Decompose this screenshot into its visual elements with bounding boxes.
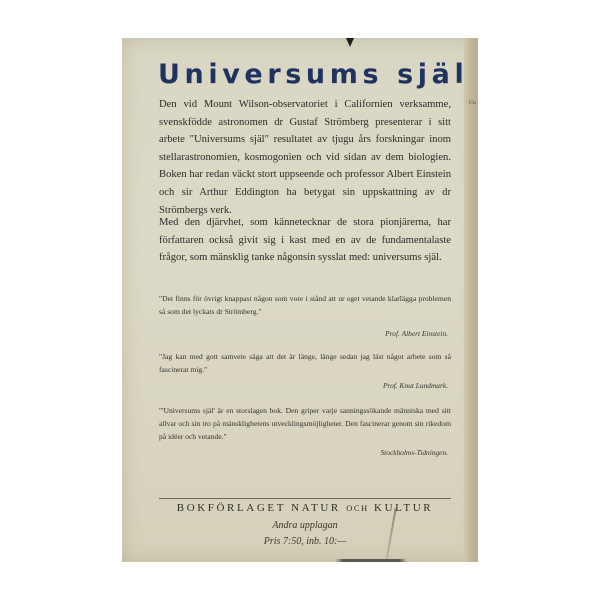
edition-label: Andra upplagan — [159, 520, 451, 531]
description-paragraph-2: Med den djärvhet, som kännetecknar de st… — [159, 214, 451, 267]
price-label: Pris 7:50, inb. 10:— — [159, 536, 451, 547]
publisher-name-part2: KULTUR — [374, 502, 433, 514]
spine-text: Un — [469, 100, 476, 106]
publisher-name-part1: BOKFÖRLAGET NATUR — [177, 502, 341, 514]
publisher-name: BOKFÖRLAGET NATUR OCH KULTUR — [159, 502, 451, 514]
publisher-connector: OCH — [346, 503, 368, 513]
quote-einstein: "Det finns för övrigt knappast någon som… — [159, 292, 451, 318]
divider-rule — [159, 498, 451, 499]
quote-attribution-lundmark: Prof. Knut Lundmark. — [383, 381, 448, 390]
quote-stockholms-tidningen: "'Universums själ' är en storslagen bok.… — [159, 404, 451, 444]
cover-notch-mark — [346, 38, 354, 47]
worn-bottom-edge — [122, 559, 478, 562]
book-back-cover: Un Universums själ Den vid Mount Wilson-… — [122, 38, 478, 562]
description-paragraph-1: Den vid Mount Wilson-observatoriet i Cal… — [159, 96, 451, 219]
quote-attribution-einstein: Prof. Albert Einstein. — [385, 329, 448, 338]
book-title: Universums själ — [158, 59, 448, 90]
paper-tear-mark — [385, 508, 396, 562]
spine-edge: Un — [464, 38, 478, 562]
quote-lundmark: "Jag kan med gott samvete säga att det ä… — [159, 350, 451, 376]
quote-attribution-stockholms-tidningen: Stockholms-Tidningen. — [380, 448, 448, 457]
